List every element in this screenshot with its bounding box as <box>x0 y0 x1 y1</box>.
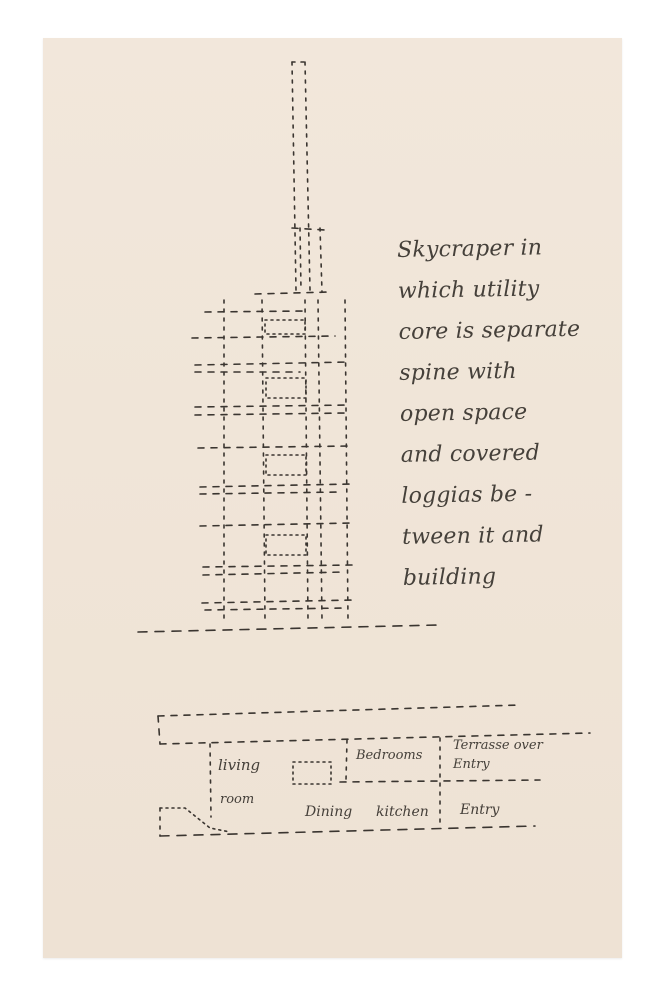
annotation-line: core is separate <box>398 308 619 353</box>
annotation-line: loggias be - <box>401 472 622 517</box>
label-terrace-entry: Entry <box>453 757 490 772</box>
annotation-line: open space <box>400 390 621 435</box>
annotation-line: tween it and <box>402 513 623 558</box>
building-grid <box>138 300 438 632</box>
annotation-line: and covered <box>400 431 621 476</box>
annotation-line: building <box>403 554 624 599</box>
label-bedrooms: Bedrooms <box>356 748 422 763</box>
label-dining: Dining <box>305 804 352 820</box>
annotation-line: Skycraper in <box>397 226 618 271</box>
annotation-line: spine with <box>399 349 620 394</box>
label-terrace: Terrasse over <box>453 738 543 753</box>
annotation-line: which utility <box>398 267 619 312</box>
label-living: living <box>218 756 260 774</box>
handwritten-annotation: Skycraper in which utility core is separ… <box>397 226 623 599</box>
label-entry: Entry <box>460 802 499 818</box>
label-room: room <box>220 792 254 807</box>
utility-spine <box>255 62 330 294</box>
label-kitchen: kitchen <box>376 804 429 820</box>
